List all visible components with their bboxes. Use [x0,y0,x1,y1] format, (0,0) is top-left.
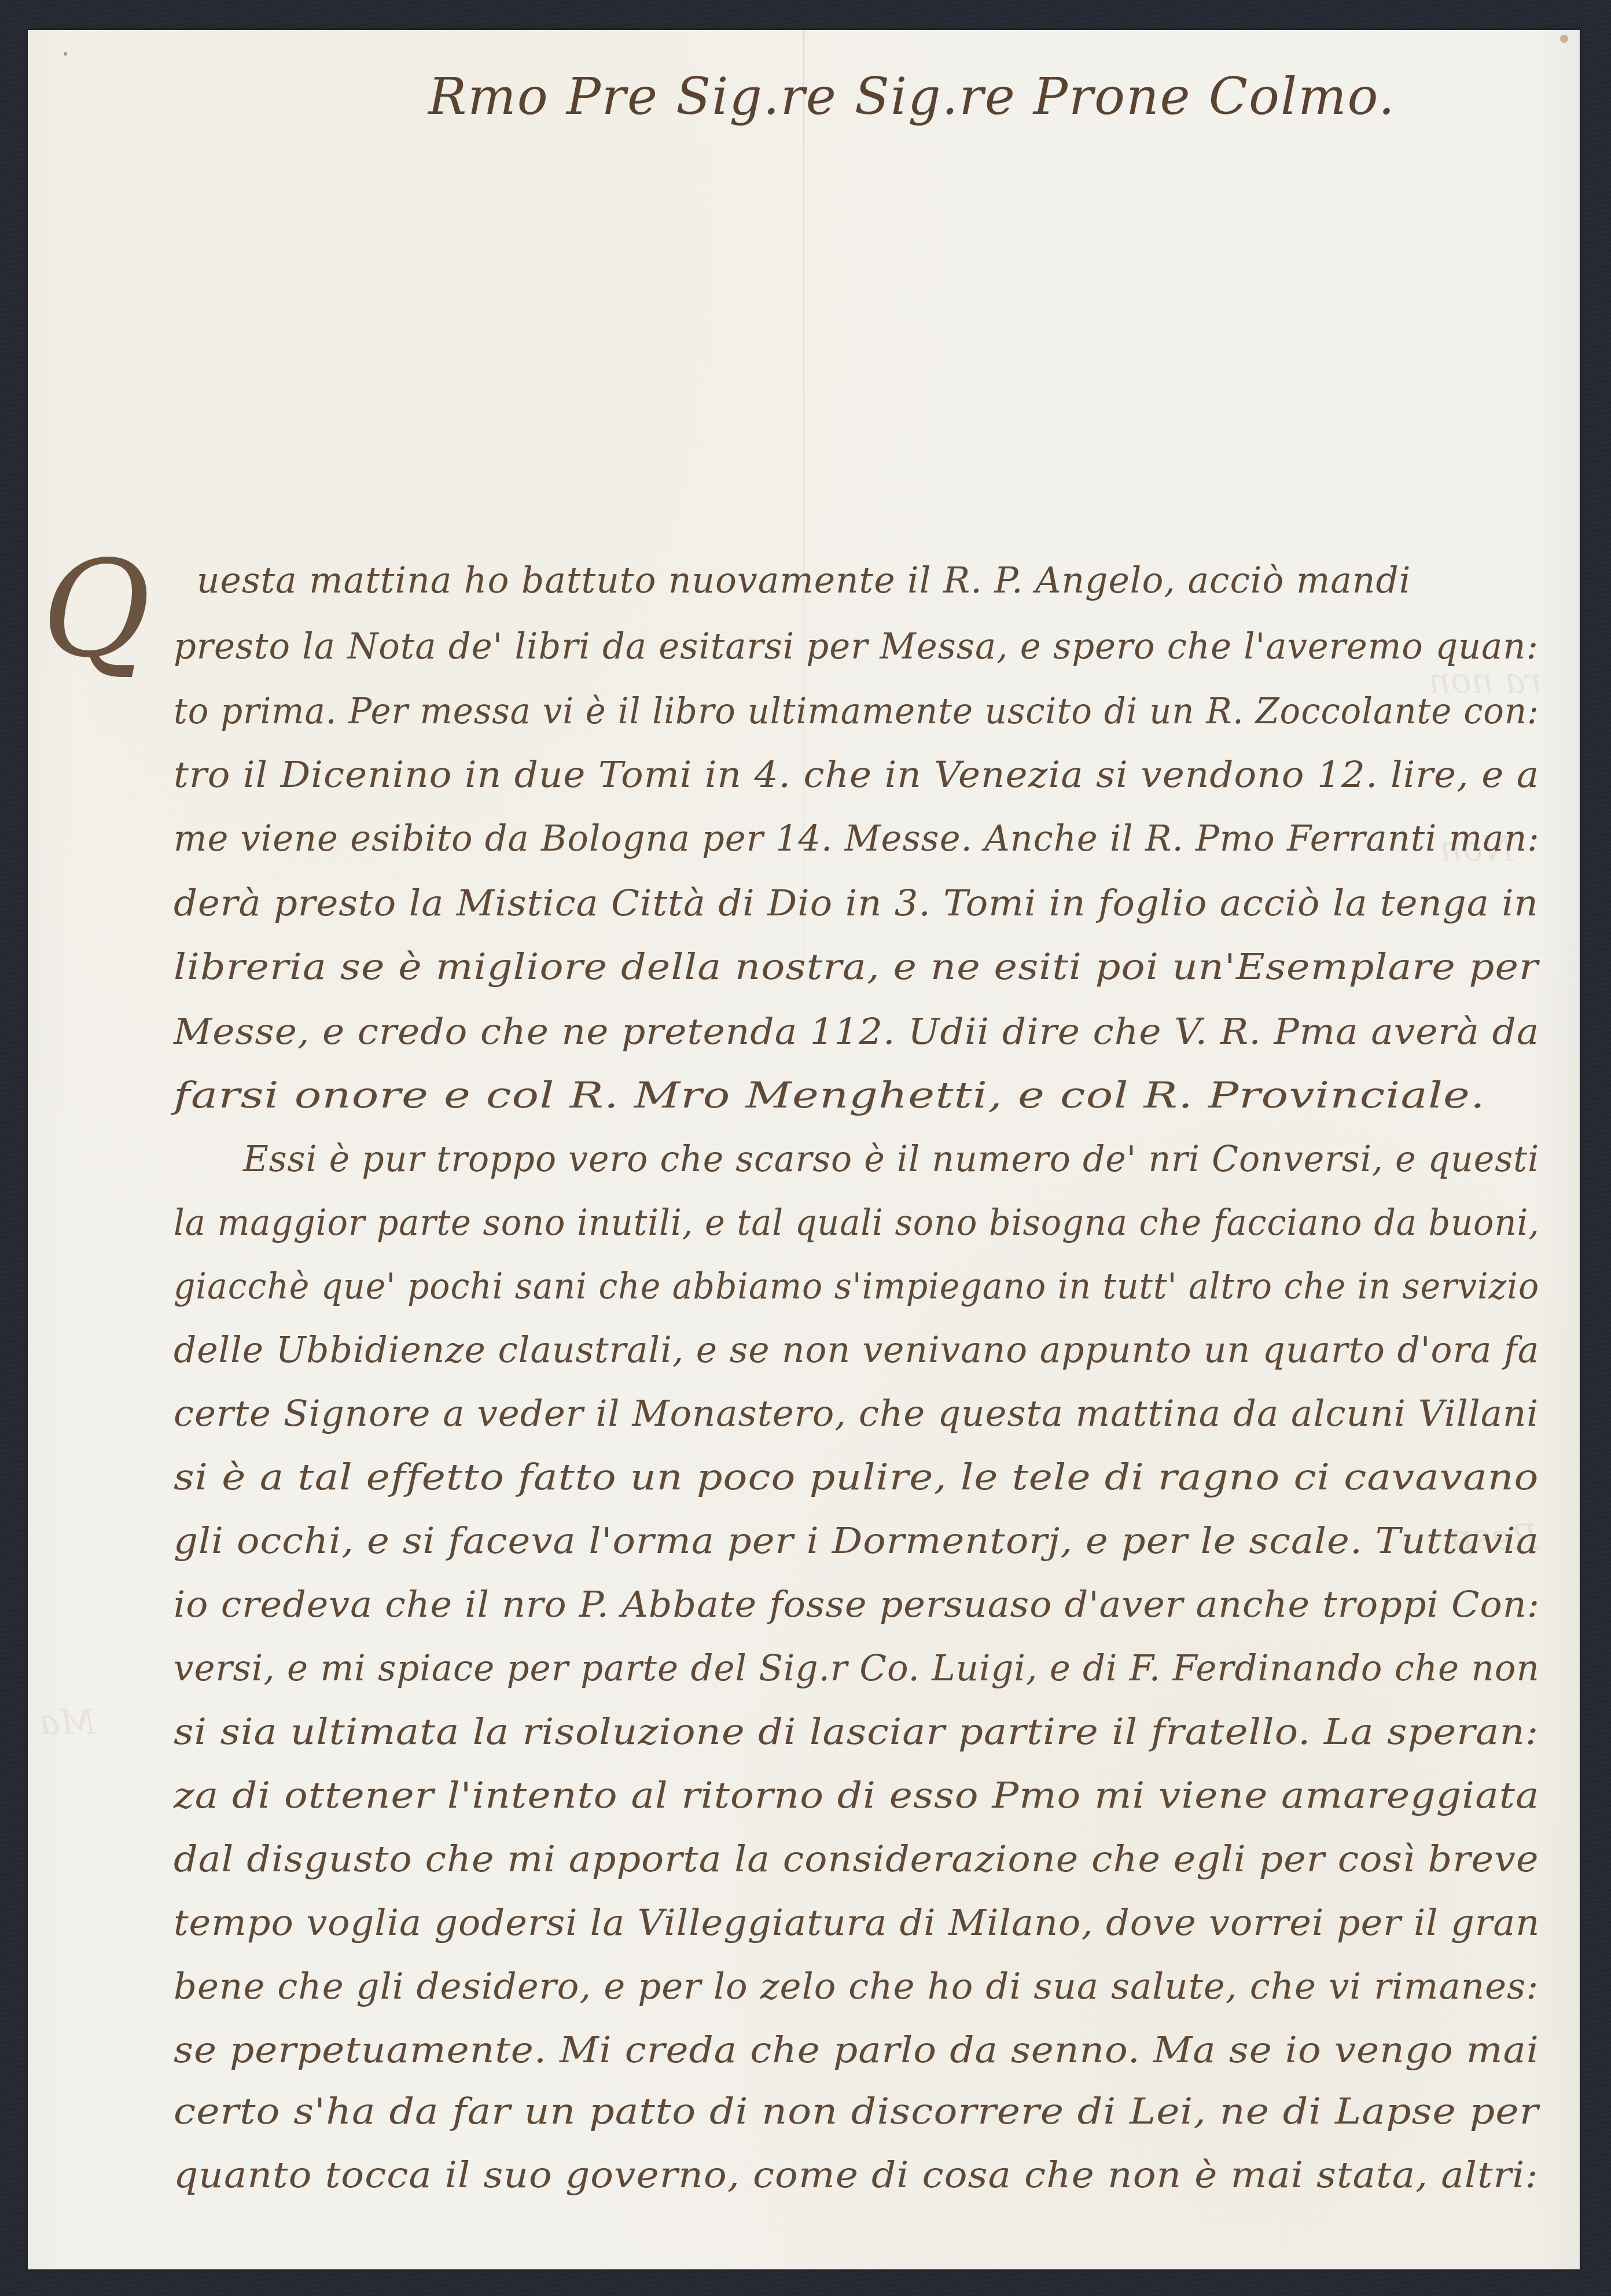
letter-line: derà presto la Mistica Città di Dio in 3… [174,885,1539,921]
letter-line: la maggior parte sono inutili, e tal qua… [174,1205,1540,1241]
letter-line: se perpetuamente. Mi creda che parlo da … [174,2032,1539,2068]
letter-line: giacchè que' pochi sani che abbiamo s'im… [174,1268,1539,1304]
letter-line: Essi è pur troppo vero che scarso è il n… [243,1141,1539,1177]
letter-line: dal disgusto che mi apporta la considera… [174,1841,1539,1877]
letter-line: certo s'ha da far un patto di non discor… [174,2093,1539,2129]
letter-body: uesta mattina ho battuto nuovamente il R… [0,0,1611,2296]
letter-line: certe Signore a veder il Monastero, che … [174,1396,1539,1432]
letter-line: tro il Dicenino in due Tomi in 4. che in… [174,757,1539,793]
letter-line: delle Ubbidienze claustrali, e se non ve… [174,1332,1539,1368]
letter-line: versi, e mi spiace per parte del Sig.r C… [174,1650,1540,1686]
letter-line: si sia ultimata la risoluzione di lascia… [174,1714,1539,1750]
letter-line: tempo voglia godersi la Villeggiatura di… [174,1905,1540,1941]
letter-line: bene che gli desidero, e per lo zelo che… [174,1968,1539,2004]
letter-line: uesta mattina ho battuto nuovamente il R… [197,562,1539,598]
letter-line: za di ottener l'intento al ritorno di es… [174,1778,1540,1813]
letter-line: presto la Nota de' libri da esitarsi per… [174,628,1539,664]
letter-line: si è a tal effetto fatto un poco pulire,… [174,1459,1539,1495]
letter-line: farsi onore e col R. Mro Menghetti, e co… [174,1077,1485,1113]
letter-line: io credeva che il nro P. Abbate fosse pe… [174,1587,1540,1622]
letter-line: to prima. Per messa vi è il libro ultima… [174,693,1539,729]
letter-line: quanto tocca il suo governo, come di cos… [174,2157,1539,2193]
letter-line: me viene esibito da Bologna per 14. Mess… [174,820,1540,856]
letter-line: libreria se è migliore della nostra, e n… [174,949,1539,985]
letter-line: Messe, e credo che ne pretenda 112. Udii… [174,1014,1539,1050]
letter-line: gli occhi, e si faceva l'orma per i Dorm… [174,1523,1539,1559]
